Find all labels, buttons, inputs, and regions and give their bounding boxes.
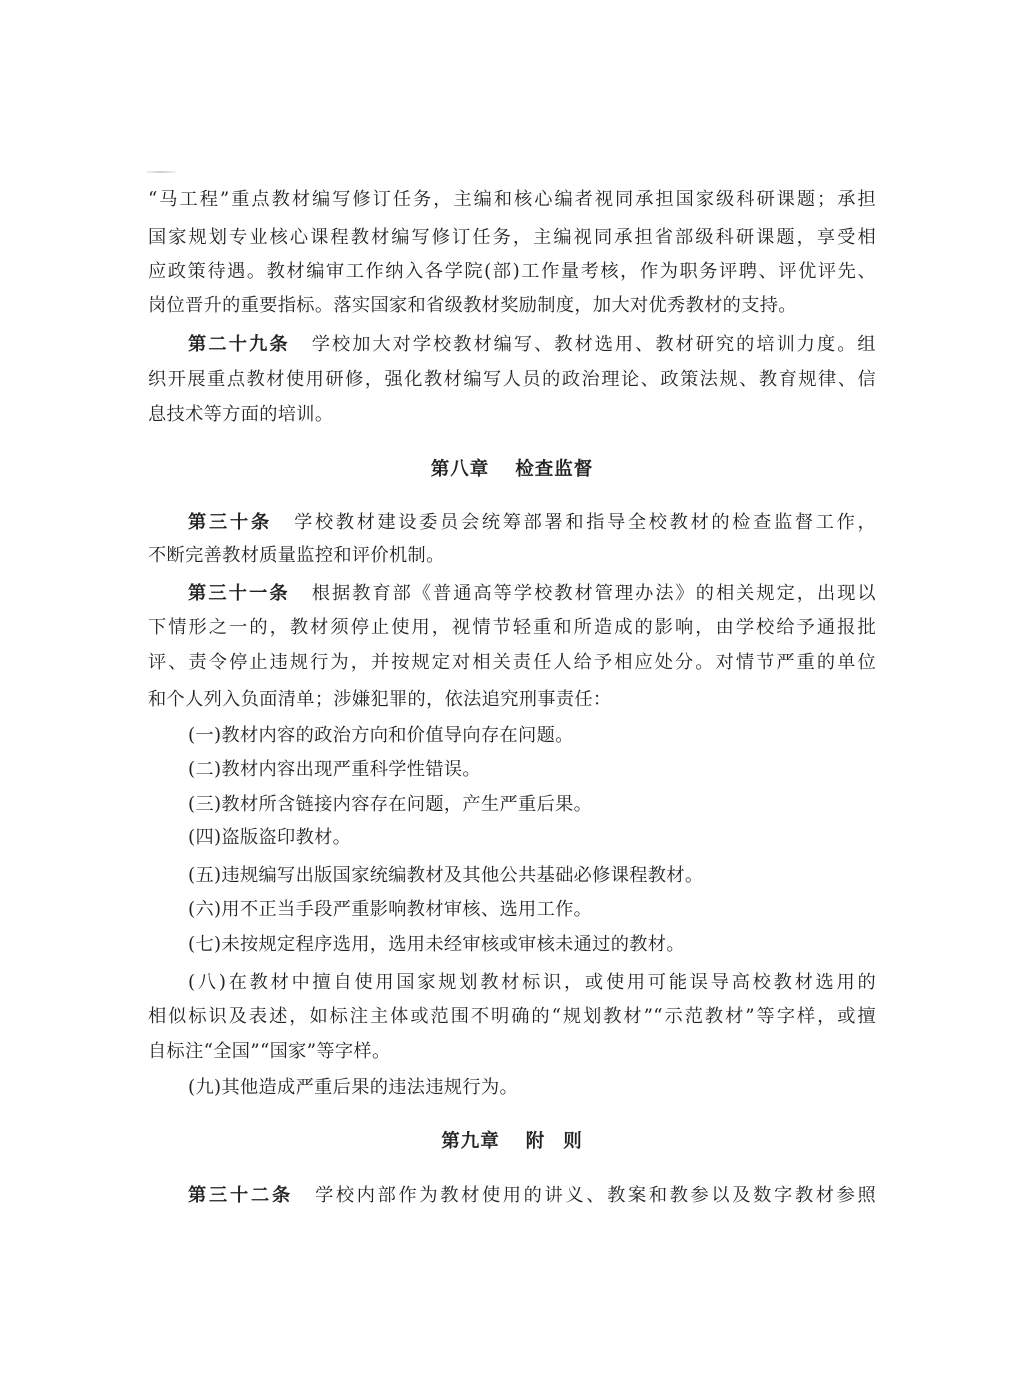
article-29-first-line: 第二十九条学校加大对学校教材编写、教材选用、教材研究的培训力度。组 xyxy=(188,328,876,362)
paragraph-line: 评、责令停止违规行为，并按规定对相关责任人给予相应处分。对情节严重的单位 xyxy=(148,646,876,680)
list-item: (八)在教材中擅自使用国家规划教材标识，或使用可能误导高校教材选用的 xyxy=(188,966,876,1000)
article-label: 第三十二条 xyxy=(188,1185,293,1206)
article-label: 第二十九条 xyxy=(188,334,290,355)
chapter-title: 检查监督 xyxy=(515,459,593,480)
list-item: (七)未按规定程序选用，选用未经审核或审核未通过的教材。 xyxy=(188,928,876,962)
chapter-heading: 第八章检查监督 xyxy=(0,453,1024,487)
article-text: 学校内部作为教材使用的讲义、教案和教参以及数字教材参照 xyxy=(315,1185,876,1206)
article-30-first-line: 第三十条学校教材建设委员会统筹部署和指导全校教材的检查监督工作， xyxy=(188,506,876,540)
chapter-title-part: 则 xyxy=(563,1131,583,1152)
scan-artifact-mark xyxy=(146,171,176,173)
chapter-number: 第八章 xyxy=(431,459,490,480)
article-label: 第三十条 xyxy=(188,512,272,533)
article-32-first-line: 第三十二条学校内部作为教材使用的讲义、教案和教参以及数字教材参照 xyxy=(188,1179,876,1213)
list-item: (一)教材内容的政治方向和价值导向存在问题。 xyxy=(188,719,876,753)
article-text: 学校加大对学校教材编写、教材选用、教材研究的培训力度。组 xyxy=(312,334,876,355)
paragraph-line: 不断完善教材质量监控和评价机制。 xyxy=(148,539,876,573)
list-item: (四)盗版盗印教材。 xyxy=(188,821,876,855)
list-item: (九)其他造成严重后果的违法违规行为。 xyxy=(188,1071,876,1105)
paragraph-line: “马工程”重点教材编写修订任务，主编和核心编者视同承担国家级科研课题；承担 xyxy=(148,183,876,217)
paragraph-line: 和个人列入负面清单；涉嫌犯罪的，依法追究刑事责任： xyxy=(148,683,876,717)
chapter-heading: 第九章附则 xyxy=(0,1125,1024,1159)
article-text: 学校教材建设委员会统筹部署和指导全校教材的检查监督工作， xyxy=(294,512,876,533)
chapter-number: 第九章 xyxy=(441,1131,500,1152)
list-item: (六)用不正当手段严重影响教材审核、选用工作。 xyxy=(188,893,876,927)
chapter-title-part: 附 xyxy=(526,1131,546,1152)
list-item: (五)违规编写出版国家统编教材及其他公共基础必修课程教材。 xyxy=(188,859,876,893)
paragraph-line: 相似标识及表述，如标注主体或范围不明确的“规划教材”“示范教材”等字样，或擅 xyxy=(148,1000,876,1034)
paragraph-line: 应政策待遇。教材编审工作纳入各学院(部)工作量考核，作为职务评聘、评优评先、 xyxy=(148,255,876,289)
paragraph-line: 自标注“全国”“国家”等字样。 xyxy=(148,1035,876,1069)
article-text: 根据教育部《普通高等学校教材管理办法》的相关规定，出现以 xyxy=(312,583,876,604)
document-page: “马工程”重点教材编写修订任务，主编和核心编者视同承担国家级科研课题；承担 国家… xyxy=(0,0,1024,1379)
paragraph-line: 国家规划专业核心课程教材编写修订任务，主编视同承担省部级科研课题，享受相 xyxy=(148,221,876,255)
paragraph-line: 岗位晋升的重要指标。落实国家和省级教材奖励制度，加大对优秀教材的支持。 xyxy=(148,289,876,323)
list-item: (二)教材内容出现严重科学性错误。 xyxy=(188,753,876,787)
paragraph-line: 息技术等方面的培训。 xyxy=(148,398,876,432)
list-item: (三)教材所含链接内容存在问题，产生严重后果。 xyxy=(188,788,876,822)
article-31-first-line: 第三十一条根据教育部《普通高等学校教材管理办法》的相关规定，出现以 xyxy=(188,577,876,611)
paragraph-line: 下情形之一的，教材须停止使用，视情节轻重和所造成的影响，由学校给予通报批 xyxy=(148,611,876,645)
article-label: 第三十一条 xyxy=(188,583,290,604)
paragraph-line: 织开展重点教材使用研修，强化教材编写人员的政治理论、政策法规、教育规律、信 xyxy=(148,363,876,397)
